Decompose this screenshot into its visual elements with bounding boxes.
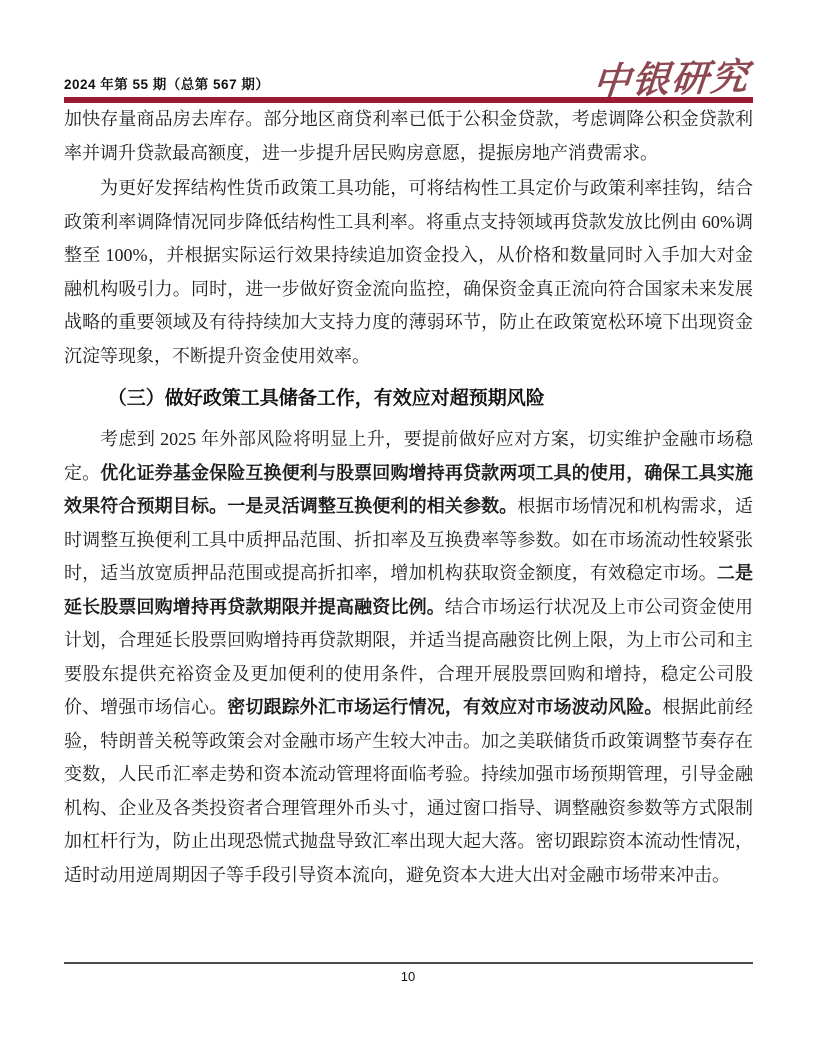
paragraph-risk-response: 考虑到 2025 年外部风险将明显上升，要提前做好应对方案，切实维护金融市场稳定… [64,423,753,892]
document-body: 加快存量商品房去库存。部分地区商贷利率已低于公积金贷款，考虑调降公积金贷款利率并… [64,103,753,892]
text-segment: 根据此前经验，特朗普关税等政策会对金融市场产生较大冲击。加之美联储货币政策调整节… [64,697,753,885]
issue-number: 2024 年第 55 期（总第 567 期） [64,73,269,93]
paragraph-structural-policy-tools: 为更好发挥结构性货币政策工具功能，可将结构性工具定价与政策利率挂钩，结合政策利率… [64,172,753,373]
text-segment-bold: 密切跟踪外汇市场运行情况，有效应对市场波动风险。 [227,697,662,717]
footer-rule [64,962,753,964]
paragraph-housing-destock: 加快存量商品房去库存。部分地区商贷利率已低于公积金贷款，考虑调降公积金贷款利率并… [64,103,753,170]
page-number: 10 [0,969,816,984]
document-page: 2024 年第 55 期（总第 567 期） 中银研究 加快存量商品房去库存。部… [0,0,816,1056]
section-heading: （三）做好政策工具储备工作，有效应对超预期风险 [64,382,753,415]
